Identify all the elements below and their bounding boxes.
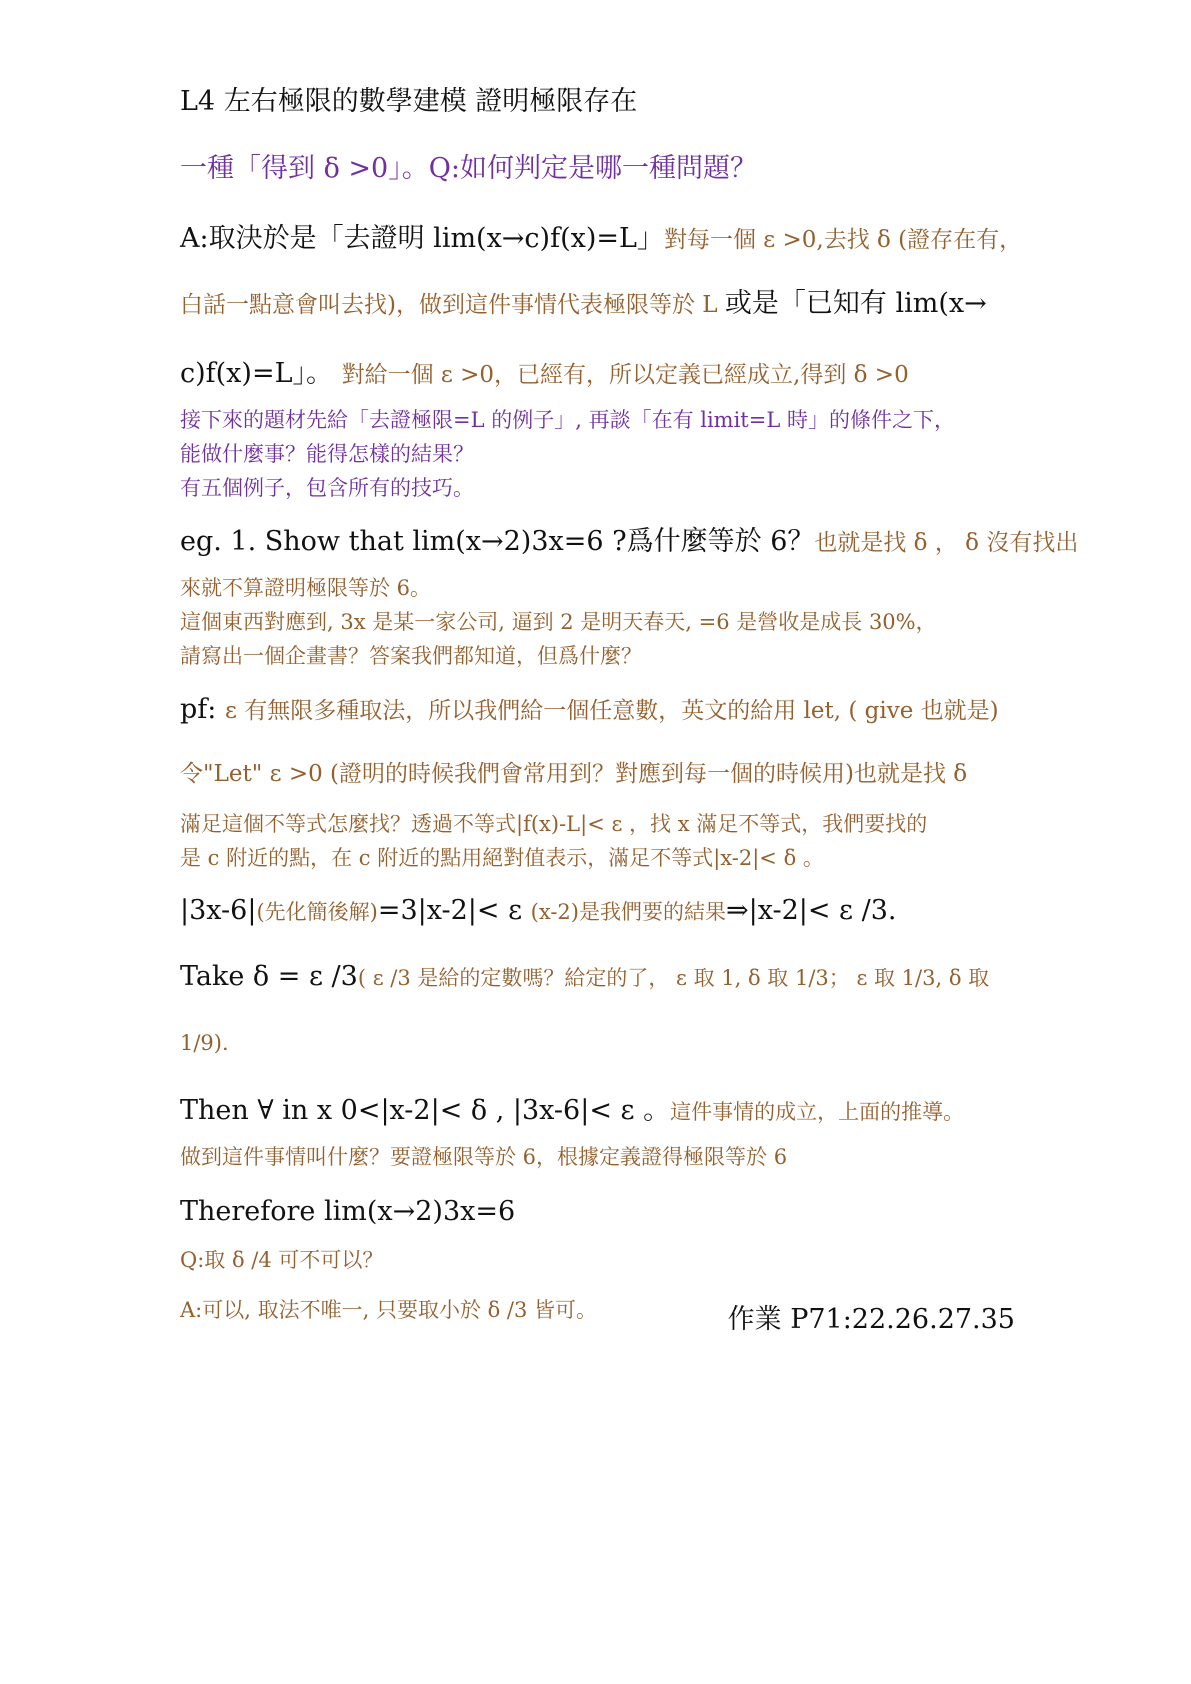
paragraph-line-4: c)f(x)=L」。 對給一個 ε >0，已經有，所以定義已經成立,得到 δ >… <box>180 360 909 387</box>
text-segment: 令"Let" ε >0 (證明的時候我們會常用到？對應到每一個的時候用)也就是找… <box>180 761 967 787</box>
document-page: L4 左右極限的數學建模 證明極限存在 一種「得到 δ >0」。Q:如何判定是哪… <box>0 0 1191 1684</box>
proof-line-9: 做到這件事情叫什麼？要證極限等於 6，根據定義證得極限等於 6 <box>180 1147 787 1168</box>
paragraph-line-7: 有五個例子，包含所有的技巧。 <box>180 478 474 499</box>
proof-line-6: Take δ = ε /3( ε /3 是給的定數嗎？給定的了， ε 取 1, … <box>180 963 989 990</box>
text-segment: 接下來的題材先給「去證極限=L 的例子」, 再談「在有 limit=L 時」的條… <box>180 408 955 432</box>
homework-note: 作業 P71:22.26.27.35 <box>728 1297 1015 1336</box>
text-segment: (先化簡後解) <box>256 900 377 924</box>
text-segment: ( ε /3 是給的定數嗎？給定的了， ε 取 1, δ 取 1/3； ε 取 … <box>358 966 989 990</box>
proof-line-1: pf: ε 有無限多種取法，所以我們給一個任意數，英文的給用 let, ( gi… <box>180 696 999 723</box>
text-segment: 這個東西對應到, 3x 是某一家公司, 逼到 2 是明天春天, =6 是營收是成… <box>180 610 937 634</box>
paragraph-line-3: 白話一點意會叫去找)，做到這件事情代表極限等於 L 或是「已知有 lim(x→ <box>180 290 987 317</box>
example-heading: eg. 1. Show that lim(x→2)3x=6 ?爲什麼等於 6？也… <box>180 528 1078 555</box>
text-segment: Q:取 δ /4 可不可以？ <box>180 1248 383 1272</box>
question-line: Q:取 δ /4 可不可以？ <box>180 1250 383 1271</box>
paragraph-line-6: 能做什麼事？能得怎樣的結果？ <box>180 444 474 465</box>
text-segment: ε 有無限多種取法，所以我們給一個任意數，英文的給用 let, ( give 也… <box>225 698 999 724</box>
text-segment: (x-2)是我們要的結果 <box>531 900 726 924</box>
text-segment: 1/9). <box>180 1031 229 1055</box>
text-segment: 請寫出一個企畫書？答案我們都知道，但爲什麼？ <box>180 644 642 668</box>
text-segment: ⇒|x-2|< ε /3. <box>726 895 897 926</box>
proof-line-4: 是 c 附近的點，在 c 附近的點用絕對值表示，滿足不等式|x-2|< δ 。 <box>180 848 824 869</box>
answer-line: A:可以, 取法不唯一, 只要取小於 δ /3 皆可。 <box>180 1300 597 1321</box>
text-segment: Then ∀ in x 0<|x-2|< δ , |3x-6|< ε 。 <box>180 1095 670 1126</box>
text-segment: Take δ = ε /3 <box>180 961 358 992</box>
proof-line-8: Then ∀ in x 0<|x-2|< δ , |3x-6|< ε 。這件事情… <box>180 1097 964 1124</box>
text-segment: 白話一點意會叫去找)，做到這件事情代表極限等於 L <box>180 292 725 318</box>
text-segment: 對給一個 ε >0，已經有，所以定義已經成立,得到 δ >0 <box>342 362 909 388</box>
text-segment: 有五個例子，包含所有的技巧。 <box>180 476 474 500</box>
text-segment: eg. 1. Show that lim(x→2)3x=6 ?爲什麼等於 6？ <box>180 526 814 557</box>
paragraph-line-1: 一種「得到 δ >0」。Q:如何判定是哪一種問題？ <box>180 155 757 182</box>
text-segment: 對每一個 ε >0,去找 δ (證存在有， <box>664 227 1022 253</box>
proof-line-7: 1/9). <box>180 1033 229 1054</box>
proof-line-3: 滿足這個不等式怎麼找？透過不等式|f(x)-L|< ε ，找 x 滿足不等式，我… <box>180 814 927 835</box>
paragraph-line-5: 接下來的題材先給「去證極限=L 的例子」, 再談「在有 limit=L 時」的條… <box>180 410 955 431</box>
paragraph-line-2: A:取決於是「去證明 lim(x→c)f(x)=L」對每一個 ε >0,去找 δ… <box>180 225 1022 252</box>
text-segment: =3|x-2|< ε <box>378 895 531 926</box>
paragraph-line-11: 請寫出一個企畫書？答案我們都知道，但爲什麼？ <box>180 646 642 667</box>
text-segment: 滿足這個不等式怎麼找？透過不等式|f(x)-L|< ε ，找 x 滿足不等式，我… <box>180 812 927 836</box>
text-segment: 一種「得到 δ >0」。Q:如何判定是哪一種問題？ <box>180 153 757 184</box>
text-segment: 也就是找 δ ， δ 沒有找出 <box>814 530 1078 556</box>
text-segment: c)f(x)=L」。 <box>180 358 342 389</box>
document-title: L4 左右極限的數學建模 證明極限存在 <box>180 88 637 115</box>
text-segment: 或是「已知有 lim(x→ <box>725 288 987 319</box>
paragraph-line-10: 這個東西對應到, 3x 是某一家公司, 逼到 2 是明天春天, =6 是營收是成… <box>180 612 937 633</box>
conclusion-line: Therefore lim(x→2)3x=6 <box>180 1198 515 1225</box>
text-segment: A:可以, 取法不唯一, 只要取小於 δ /3 皆可。 <box>180 1298 597 1322</box>
text-segment: 能做什麼事？能得怎樣的結果？ <box>180 442 474 466</box>
proof-line-2: 令"Let" ε >0 (證明的時候我們會常用到？對應到每一個的時候用)也就是找… <box>180 763 967 786</box>
paragraph-line-9: 來就不算證明極限等於 6。 <box>180 578 431 599</box>
text-segment: 這件事情的成立，上面的推導。 <box>670 1100 964 1124</box>
text-segment: |3x-6| <box>180 895 256 926</box>
text-segment: 做到這件事情叫什麼？要證極限等於 6，根據定義證得極限等於 6 <box>180 1145 787 1169</box>
text-segment: 來就不算證明極限等於 6。 <box>180 576 431 600</box>
text-segment: pf: <box>180 694 225 725</box>
text-segment: A:取決於是「去證明 lim(x→c)f(x)=L」 <box>180 223 664 254</box>
proof-line-5: |3x-6|(先化簡後解)=3|x-2|< ε (x-2)是我們要的結果⇒|x-… <box>180 897 897 924</box>
text-segment: Therefore lim(x→2)3x=6 <box>180 1196 515 1227</box>
text-segment: 是 c 附近的點，在 c 附近的點用絕對值表示，滿足不等式|x-2|< δ 。 <box>180 846 824 870</box>
